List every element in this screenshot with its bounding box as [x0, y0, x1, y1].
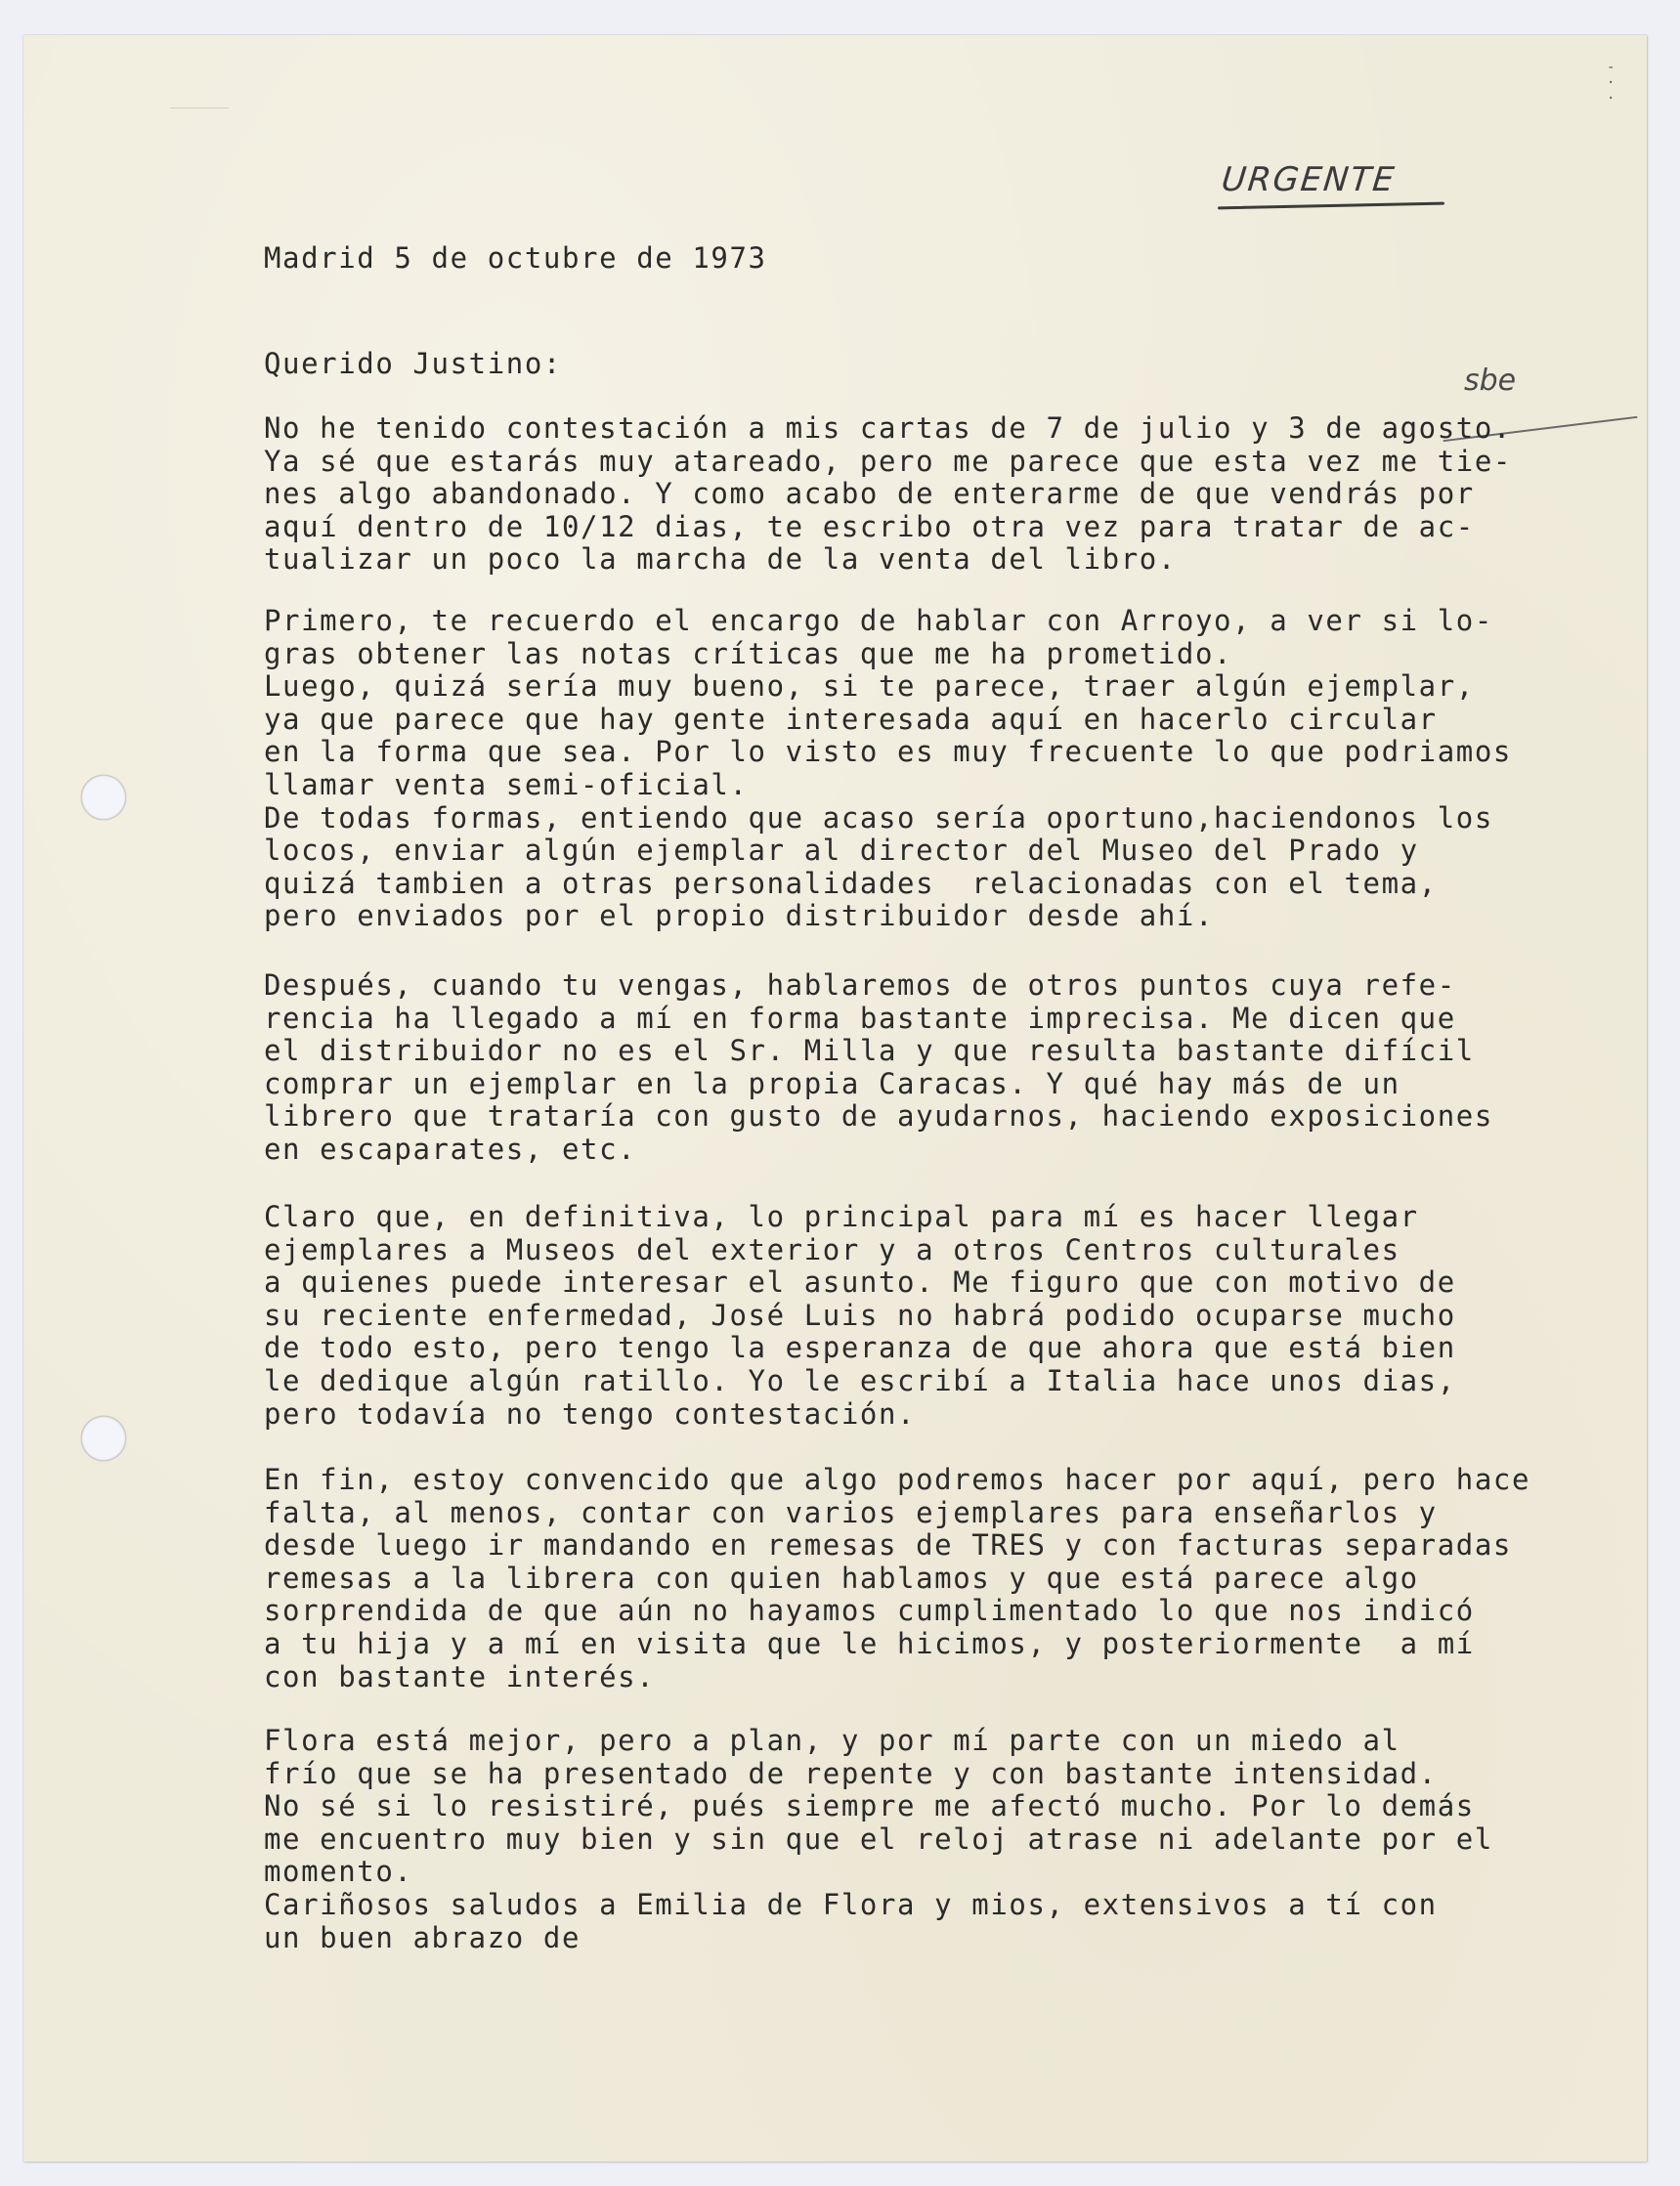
- text-line: desde luego ir mandando en remesas de TR…: [264, 1529, 1530, 1563]
- text-line: Ya sé que estarás muy atareado, pero me …: [264, 446, 1512, 479]
- text-line: tualizar un poco la marcha de la venta d…: [264, 543, 1512, 577]
- text-line: sorprendida de que aún no hayamos cumpli…: [264, 1595, 1530, 1628]
- text-line: Primero, te recuerdo el encargo de habla…: [264, 605, 1512, 638]
- letter-page: - · · URGENTE sbe Madrid 5 de octubre de…: [23, 35, 1647, 2162]
- text-line: su reciente enfermedad, José Luis no hab…: [264, 1300, 1456, 1333]
- text-line: en la forma que sea. Por lo visto es muy…: [264, 736, 1512, 769]
- text-line: a quienes puede interesar el asunto. Me …: [264, 1266, 1456, 1300]
- text-line: rencia ha llegado a mí en forma bastante…: [264, 1003, 1493, 1036]
- paragraph-6: Flora está mejor, pero a plan, y por mí …: [264, 1725, 1493, 1954]
- paragraph-3: Después, cuando tu vengas, hablaremos de…: [264, 969, 1493, 1167]
- salutation: Querido Justino:: [264, 348, 562, 381]
- text-line: quizá tambien a otras personalidades rel…: [264, 868, 1512, 901]
- text-line: con bastante interés.: [264, 1661, 1530, 1694]
- text-line: en escaparates, etc.: [264, 1134, 1493, 1167]
- text-line: un buen abrazo de: [264, 1922, 1493, 1955]
- text-line: nes algo abandonado. Y como acabo de ent…: [264, 478, 1512, 511]
- text-line: frío que se ha presentado de repente y c…: [264, 1758, 1493, 1791]
- text-line: le dedique algún ratillo. Yo le escribí …: [264, 1365, 1456, 1398]
- text-line: ya que parece que hay gente interesada a…: [264, 704, 1512, 737]
- punch-hole-icon: [81, 1416, 126, 1461]
- date-line: Madrid 5 de octubre de 1973: [264, 242, 767, 276]
- text-line: pero todavía no tengo contestación.: [264, 1398, 1456, 1432]
- text-line: ejemplares a Museos del exterior y a otr…: [264, 1234, 1456, 1267]
- text-line: remesas a la librera con quien hablamos …: [264, 1563, 1530, 1596]
- text-line: En fin, estoy convencido que algo podrem…: [264, 1464, 1530, 1497]
- paragraph-5: En fin, estoy convencido que algo podrem…: [264, 1464, 1530, 1693]
- text-line: locos, enviar algún ejemplar al director…: [264, 835, 1512, 868]
- text-line: Flora está mejor, pero a plan, y por mí …: [264, 1725, 1493, 1758]
- text-line: De todas formas, entiendo que acaso serí…: [264, 802, 1512, 836]
- text-line: No he tenido contestación a mis cartas d…: [264, 412, 1512, 446]
- punch-hole-icon: [81, 775, 126, 820]
- text-line: gras obtener las notas críticas que me h…: [264, 638, 1512, 671]
- text-line: Claro que, en definitiva, lo principal p…: [264, 1201, 1456, 1234]
- paragraph-4: Claro que, en definitiva, lo principal p…: [264, 1201, 1456, 1431]
- text-line: llamar venta semi-oficial.: [264, 769, 1512, 802]
- text-line: librero que trataría con gusto de ayudar…: [264, 1100, 1493, 1134]
- text-line: me encuentro muy bien y sin que el reloj…: [264, 1823, 1493, 1857]
- faint-mark: [170, 107, 229, 108]
- corner-marks: - · ·: [1607, 60, 1647, 107]
- text-line: Cariñosos saludos a Emilia de Flora y mi…: [264, 1889, 1493, 1922]
- text-line: pero enviados por el propio distribuidor…: [264, 900, 1512, 933]
- text-line: No sé si lo resistiré, pués siempre me a…: [264, 1790, 1493, 1823]
- text-line: aquí dentro de 10/12 dias, te escribo ot…: [264, 511, 1512, 544]
- text-line: de todo esto, pero tengo la esperanza de…: [264, 1332, 1456, 1365]
- text-line: a tu hija y a mí en visita que le hicimo…: [264, 1628, 1530, 1661]
- text-line: Luego, quizá sería muy bueno, si te pare…: [264, 670, 1512, 704]
- text-line: el distribuidor no es el Sr. Milla y que…: [264, 1035, 1493, 1068]
- urgente-underline: [1218, 202, 1444, 210]
- paragraph-2: Primero, te recuerdo el encargo de habla…: [264, 605, 1512, 933]
- text-line: momento.: [264, 1856, 1493, 1889]
- text-line: falta, al menos, contar con varios ejemp…: [264, 1497, 1530, 1530]
- text-line: comprar un ejemplar en la propia Caracas…: [264, 1068, 1493, 1101]
- urgente-handwritten-note: URGENTE: [1220, 160, 1398, 199]
- margin-handwritten-note: sbe: [1464, 364, 1516, 398]
- text-line: Después, cuando tu vengas, hablaremos de…: [264, 969, 1493, 1003]
- paragraph-1: No he tenido contestación a mis cartas d…: [264, 412, 1512, 577]
